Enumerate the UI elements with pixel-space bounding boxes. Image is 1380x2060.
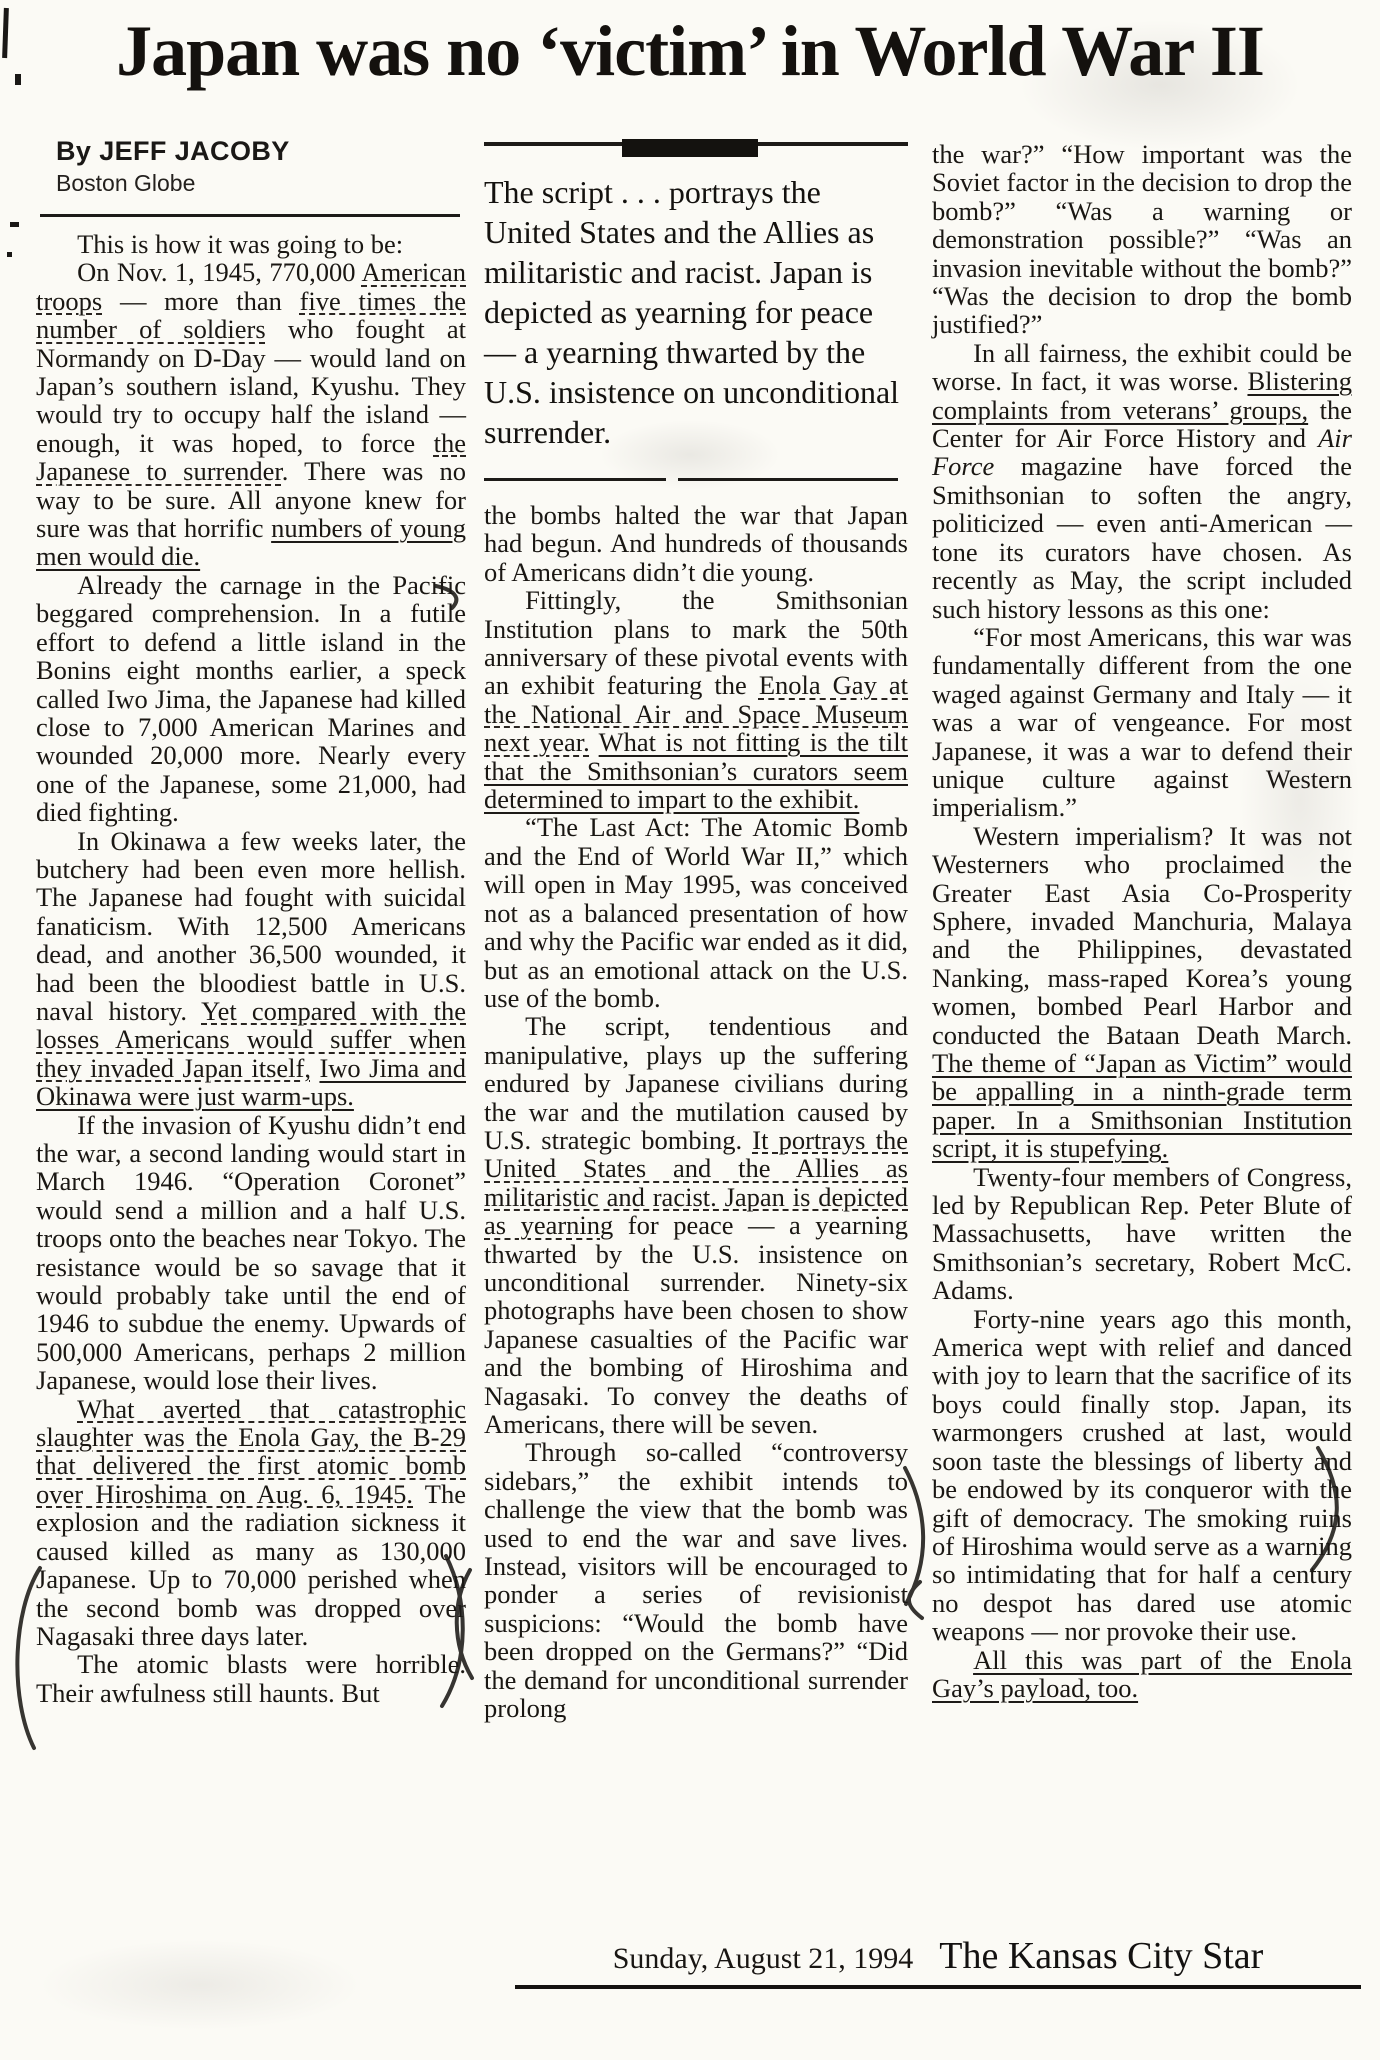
paragraph: The script, tendentious and manipulative… [484, 1012, 908, 1438]
byline-affiliation: Boston Globe [56, 170, 458, 197]
article-column-2: The script . . . portrays the United Sta… [484, 128, 908, 1722]
paragraph: Forty-nine years ago this month, America… [932, 1305, 1352, 1646]
text-segment: The theme of “Japan as Victim” would be … [932, 1048, 1352, 1163]
text-segment: magazine have forced the Smithsonian to … [932, 451, 1352, 623]
article-headline: Japan was no ‘victim’ in World War II [0, 10, 1380, 93]
article-column-1: This is how it was going to be:On Nov. 1… [36, 230, 466, 1707]
text-segment: What averted that catastrophic slaughter… [36, 1394, 466, 1509]
rule-segment [484, 478, 666, 481]
publication-name: The Kansas City Star [939, 1934, 1263, 1978]
article-column-3: the war?” “How important was the Soviet … [932, 140, 1352, 1702]
scan-artifact-mark [10, 222, 19, 227]
paragraph: This is how it was going to be: [36, 230, 466, 258]
paragraph: “For most Americans, this war was fundam… [932, 623, 1352, 822]
byline-rule [40, 214, 460, 217]
text-segment: Twenty-four members of Congress, led by … [932, 1162, 1352, 1306]
pull-quote-bottom-rule [484, 478, 908, 481]
text-segment: All this was part of the Enola Gay’s pay… [932, 1645, 1352, 1703]
text-segment: Forty-nine years ago this month, America… [932, 1304, 1352, 1646]
footer-rule [515, 1985, 1361, 1989]
text-segment: Already the carnage in the Pacific begga… [36, 570, 466, 827]
text-segment: Western imperialism? It was not Westerne… [932, 821, 1352, 1050]
paragraph: In all fairness, the exhibit could be wo… [932, 339, 1352, 623]
text-segment: If the invasion of Kyushu didn’t end the… [36, 1110, 466, 1396]
paragraph: Through so-called “controversy sidebars,… [484, 1438, 908, 1722]
paragraph: The atomic blasts were horrible. Their a… [36, 1650, 466, 1707]
rule-segment [678, 478, 898, 481]
byline-block: By JEFF JACOBY Boston Globe [56, 136, 458, 197]
paragraph: If the invasion of Kyushu didn’t end the… [36, 1111, 466, 1395]
text-segment: On Nov. 1, 1945, 770,000 [77, 257, 361, 287]
handwritten-paren-mark [909, 1582, 922, 1618]
pull-quote-top-rule [484, 142, 908, 146]
text-segment [590, 727, 599, 757]
pull-quote: The script . . . portrays the United Sta… [484, 142, 908, 481]
paragraph: the war?” “How important was the Soviet … [932, 140, 1352, 339]
text-segment: “For most Americans, this war was fundam… [932, 622, 1352, 822]
newspaper-clipping: Japan was no ‘victim’ in World War II By… [0, 0, 1380, 2060]
text-segment: “The Last Act: The Atomic Bomb and the E… [484, 812, 908, 1012]
text-segment: The atomic blasts were horrible. Their a… [36, 1649, 466, 1707]
paragraph: In Okinawa a few weeks later, the butche… [36, 827, 466, 1111]
footer-text-line: Sunday, August 21, 1994 The Kansas City … [515, 1934, 1361, 1978]
paragraph: Fittingly, the Smithsonian Institution p… [484, 586, 908, 813]
paragraph: Western imperialism? It was not Westerne… [932, 822, 1352, 1163]
publication-date: Sunday, August 21, 1994 [613, 1942, 914, 1976]
text-segment: — more than [102, 286, 299, 316]
text-segment: the bombs halted the war that Japan had … [484, 500, 908, 587]
paragraph: “The Last Act: The Atomic Bomb and the E… [484, 813, 908, 1012]
paragraph: Twenty-four members of Congress, led by … [932, 1163, 1352, 1305]
scan-artifact-mark [7, 252, 12, 257]
text-segment: the war?” “How important was the Soviet … [932, 139, 1352, 339]
publication-footer: Sunday, August 21, 1994 The Kansas City … [515, 1934, 1361, 1989]
paragraph: All this was part of the Enola Gay’s pay… [932, 1646, 1352, 1703]
paragraph: the bombs halted the war that Japan had … [484, 501, 908, 586]
paragraph: On Nov. 1, 1945, 770,000 American troops… [36, 258, 466, 570]
text-segment: Through so-called “controversy sidebars,… [484, 1437, 908, 1723]
pull-quote-ink-box [622, 139, 758, 157]
pull-quote-text: The script . . . portrays the United Sta… [484, 172, 908, 452]
text-segment: This is how it was going to be: [77, 229, 403, 259]
byline-author: By JEFF JACOBY [56, 136, 458, 167]
paragraph: Already the carnage in the Pacific begga… [36, 571, 466, 827]
scan-smudge [40, 1940, 360, 2030]
paragraph: What averted that catastrophic slaughter… [36, 1395, 466, 1651]
text-segment: for peace — a yearning thwarted by the U… [484, 1210, 908, 1439]
